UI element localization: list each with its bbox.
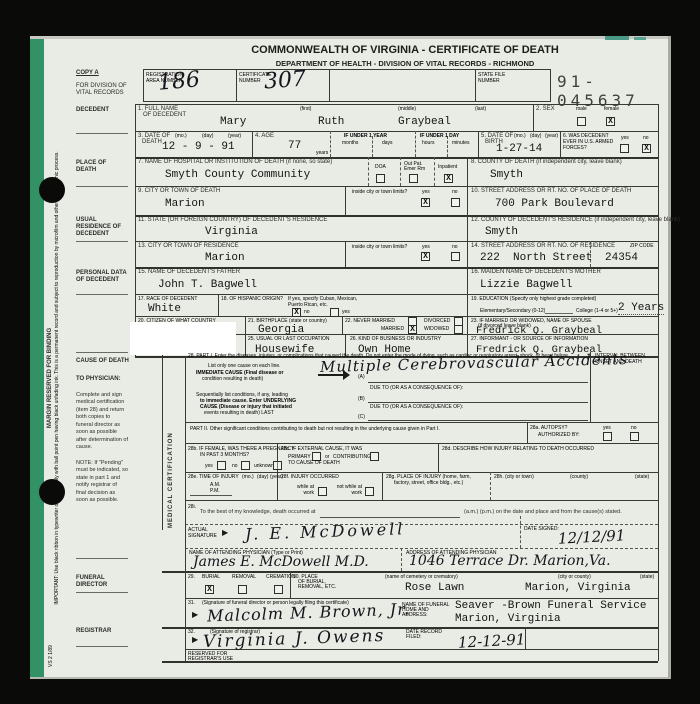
field-10-label: 10. STREET ADDRESS OR RT. NO. OF PLACE O… [471,188,631,195]
mother-name-value: Lizzie Bagwell [480,279,572,291]
to-cause-label: TO CAUSE OF DEATH [288,460,340,466]
funeral-home-label3: ADDRESS: [402,612,428,618]
limits1-no-checkbox [451,198,460,207]
funeral-home-value2: Marion, Virginia [455,613,561,625]
field-17-label: 17. RACE OF DECEDENT [138,296,197,302]
residence-county-value: Smyth [485,226,518,238]
signature-arrow-icon: ▶ [192,610,198,619]
age-value: 77 [288,140,301,152]
physician-note-2: NOTE: If "Pending" must be indicated, so… [76,460,128,505]
grid-line [135,316,658,317]
form-version-label: VS 2 1/89 [48,645,54,667]
last-sublabel: (last) [475,106,486,112]
limits1-label: inside city or town limits? [352,189,407,195]
section-usual-residence: USUAL RESIDENCE OF DECEDENT [76,217,132,239]
inpatient-checkbox: X [444,174,453,183]
grid-line [218,294,219,316]
grid-line-dashed [368,157,369,186]
no-label: no [452,189,458,195]
pregnancy-yes-checkbox [217,461,226,470]
grid-line-dashed [400,157,401,186]
field-6-label: 6. WAS DECEDENT EVER IN U.S. ARMED FORCE… [563,133,621,151]
section-personal-data: PERSONAL DATA OF DECEDENT [76,270,132,284]
divider [76,592,128,593]
field-28h-county-label: (county) [570,474,588,480]
grid-line [382,472,383,500]
line-b-label: (B) [358,396,365,402]
divider [76,241,128,242]
yes-label: yes [621,135,629,141]
seq-label4: events resulting in death) LAST [204,410,274,416]
date-filed-value: 12-12-91 [458,630,526,652]
copy-for-label: FOR DIVISION OF VITAL RECORDS [76,83,132,97]
no-label: no [452,244,458,250]
date-signed-value: 12/12/91 [558,526,626,548]
state-file-label2: NUMBER [478,78,500,84]
field-25-label: 25. USUAL OR LAST OCCUPATION [248,336,330,342]
field-27-label: 27. INFORMANT - OR SOURCE OF INFORMATION [471,336,588,342]
cemetery-value: Rose Lawn [405,582,464,594]
grid-line-dashed [372,136,373,157]
sex-male-checkbox [577,117,586,126]
grid-line [467,294,468,316]
residence-state-value: Virginia [205,226,258,238]
first-sublabel: (first) [300,106,311,112]
inpatient-label: Inpatient [438,164,457,170]
grid-line [533,104,534,131]
field-3-label2: DEATH [142,139,162,146]
field-14-label: 14. STREET ADDRESS OR RT. NO. OF RESIDEN… [471,243,615,250]
field-26-label: 26. KIND OF BUSINESS OR INDUSTRY [350,336,441,342]
sex-female-checkbox: X [606,117,615,126]
race-value: White [148,303,181,315]
date-filed-label2: FILED: [406,634,422,640]
city-of-death-value: Marion [165,198,205,210]
field-13-label: 13. CITY OR TOWN OF RESIDENCE [138,243,239,250]
grid-line-dashed [401,548,402,571]
autopsy-no-checkbox [630,432,639,441]
signature-arrow-icon: ▶ [222,528,228,537]
due-to-b-label: DUE TO (OR AS A CONSEQUENCE OF): [370,404,463,410]
cause-line-c [368,420,588,421]
never-married-label: 22. NEVER MARRIED [345,318,395,324]
cremation-label: CREMATION [266,574,296,580]
grid-line [135,294,658,295]
section-cause-of-death: CAUSE OF DEATH [76,358,136,365]
paper-top-edge [30,36,668,39]
grid-line [467,215,468,241]
grid-line [135,104,136,356]
blank-line [545,313,573,314]
field-9-label: 9. CITY OR TOWN OF DEATH [138,188,220,195]
blank-box [329,69,476,102]
field-28h-city-label: 28h. (city or town) [494,474,534,480]
date-signed-label: DATE SIGNED: [524,526,559,532]
hours-sublabel: hours [422,140,435,146]
name-first-value: Mary [220,116,246,128]
pregnancy-no-checkbox [241,461,250,470]
certificate-number-value: 307 [263,67,307,95]
sex-male-label: male [576,106,587,112]
divider [76,186,128,187]
day-sublabel: (day) [202,133,213,139]
at-work-checkbox [318,487,327,496]
no-label: no [304,309,310,315]
grid-line-dashed [490,472,491,500]
mo-sublabel: (mo.) [175,133,187,139]
grid-line [478,131,479,157]
field-29-label: 29. [188,574,195,580]
blank-line [320,517,460,518]
mo-sublabel: (mo.) [514,133,526,139]
field-4-label: 4. AGE [255,133,274,140]
signature-arrow-icon: ▶ [192,635,198,644]
physician-address-value: 1046 Terrace Dr. Marion,Va. [409,553,611,569]
grid-line [560,131,561,157]
field-8-label: 8. COUNTY OF DEATH (if independent city,… [471,159,622,166]
field-12-label: 12. COUNTY OF DECEDENT'S RESIDENCE (if i… [471,217,680,224]
armed-forces-no-checkbox: X [642,144,651,153]
grid-line [245,316,246,334]
education-value: 2 Years [618,302,664,315]
widowed-label: WIDOWED [424,326,449,332]
hospital-value: Smyth County Community [165,169,310,181]
copy-label: COPY A [76,70,99,77]
divider [76,294,128,295]
field-28c-label: 28c. IF EXTERNAL CAUSE, IT WAS [281,446,362,452]
line-c-label: (C) [358,414,365,420]
date-of-birth-value: 1-27-14 [496,143,542,155]
section-place-of-death: PLACE OF DEATH [76,160,126,174]
grid-line [467,316,468,334]
grid-line-dashed [185,548,658,549]
state-sublabel: (state) [640,574,654,580]
certify-text-2: (a.m.) (p.m.) on the date and place and … [464,509,622,516]
field-28d-label: 28d. DESCRIBE HOW INJURY RELATING TO DEA… [442,446,594,452]
field-28b-label2: IN PAST 3 MONTHS? [200,452,249,458]
date-of-death-value: 12 - 9 - 91 [162,141,235,153]
burial-city-value: Marion, Virginia [525,582,631,594]
green-binding-stripe [30,36,44,677]
field-18-label: 18. OF HISPANIC ORIGIN? [221,296,283,302]
punch-hole [39,479,65,505]
field-28f-label: 28f. INJURY OCCURRED [281,474,339,480]
county-of-death-value: Smyth [490,169,523,181]
cause-line-b [368,402,588,403]
divider [76,352,128,353]
field-19-label: 19. EDUCATION (Specify only highest grad… [471,296,596,302]
year-sublabel: (year) [545,133,558,139]
not-at-work-checkbox [365,487,374,496]
grid-line [185,598,658,599]
certificate-paper: MARGIN RESERVED FOR BINDING IMPORTANT: U… [30,36,671,679]
scanned-death-certificate: MARGIN RESERVED FOR BINDING IMPORTANT: U… [0,0,700,704]
field-28e-label: 28e. TIME OF INJURY [188,474,239,480]
cremation-checkbox [274,585,283,594]
grid-line [185,356,186,661]
minutes-sublabel: minutes [452,140,470,146]
funeral-home-value1: Seaver -Brown Funeral Service [455,600,646,612]
section-registrar: REGISTRAR [76,628,111,635]
authorized-by-label: AUTHORIZED BY: [538,432,580,438]
yes-label: yes [422,189,430,195]
field-28i-label: 28i. [188,504,196,510]
grid-line [527,422,528,443]
no-label: no [631,425,637,431]
hispanic-yes-checkbox [330,308,339,317]
grid-line-dashed [330,131,331,157]
grid-line [135,104,658,105]
scan-artifact [634,37,646,40]
grid-line [135,241,658,242]
no-label: no [232,463,238,469]
grid-line [135,186,658,187]
field-30-label3: REMOVAL, ETC. [298,584,336,590]
hispanic-no-checkbox: X [292,308,301,317]
field-7-label: 7. NAME OF HOSPITAL OR INSTITUTION OF DE… [138,159,332,166]
divider [76,558,128,559]
removal-label: REMOVAL [232,574,256,580]
grid-line [162,571,658,573]
grid-line [467,241,468,267]
under-1-year-label: IF UNDER 1 YEAR [344,133,387,139]
not-at-work-label: not while at work [334,484,362,496]
grid-line-dashed [447,136,448,157]
yes-label: yes [603,425,611,431]
removal-checkbox [238,585,247,594]
grid-line [467,157,468,186]
doa-checkbox [376,174,385,183]
outpatient-checkbox [409,174,418,183]
months-sublabel: months [342,140,358,146]
field-16-label: 16. MAIDEN NAME OF DECEDENT'S MOTHER [471,269,601,276]
due-to-a-label: DUE TO (OR AS A CONSEQUENCE OF): [370,385,463,391]
day-sublabel: (day) [530,133,541,139]
city-county-sublabel: (city or county) [558,574,591,580]
at-work-label: while at work [292,484,314,496]
grid-line [185,443,658,444]
grid-line [185,472,658,473]
actual-signature-label2: SIGNATURE [188,533,217,539]
physician-name-value: James E. McDowell M.D. [193,554,369,570]
scan-artifact [605,36,629,40]
immediate-cause-label2: condition resulting in death) [202,376,263,382]
divider [76,646,128,647]
divider [162,352,163,530]
certificate-number-label2: NUMBER [239,78,261,84]
grid-line [345,241,346,267]
field-28g-label2: factory, street, office bldg., etc.) [394,480,463,486]
grid-line [162,661,658,663]
burial-checkbox: X [205,585,214,594]
residence-city-value: Marion [205,252,245,264]
sex-female-label: female [604,106,619,112]
limits2-label: inside city or town limits? [352,244,407,250]
father-name-value: John T. Bagwell [158,279,257,291]
medical-certification-label: MEDICAL CERTIFICATION [168,432,175,528]
armed-forces-yes-checkbox [620,144,629,153]
burial-label: BURIAL [202,574,220,580]
part1-instructions2: List only one cause on each line. [208,363,281,369]
day-sublabel: (day) [257,474,268,480]
grid-line [467,186,468,215]
grid-line-dashed [434,157,435,186]
married-checkbox: X [408,325,417,334]
field-28h-state-label: (state) [635,474,649,480]
grid-line [185,500,658,501]
punch-hole [39,177,65,203]
cemetery-sublabel: (name of cemetery or crematory) [385,574,458,580]
limits1-yes-checkbox: X [421,198,430,207]
widowed-checkbox [454,325,463,334]
field-1-label2: OF DECEDENT [143,112,186,119]
grid-line [438,443,439,472]
limits2-no-checkbox [451,252,460,261]
cause-line-a [368,382,588,383]
grid-line [252,131,253,157]
physician-signature: J. E. McDowell [245,519,406,544]
education-college-label: College (1-4 or 5+) [576,308,618,314]
year-sublabel: (year) [228,133,241,139]
field-15-label: 15. NAME OF DECEDENT'S FATHER [138,269,240,276]
section-funeral-director: FUNERAL DIRECTOR [76,575,126,589]
divorced-label: DIVORCED [424,318,450,324]
certificate-subtitle: DEPARTMENT OF HEALTH - DIVISION OF VITAL… [185,59,625,68]
certificate-title: COMMONWEALTH OF VIRGINIA - CERTIFICATE O… [185,44,625,56]
field-11-label: 11. STATE (OR FOREIGN COUNTRY) OF DECEDE… [138,217,327,224]
married-label: MARRIED [381,326,404,332]
middle-sublabel: (middle) [398,106,416,112]
grid-line [345,186,346,215]
doa-label: DOA [375,164,386,170]
unknown-label: unknown [254,463,274,469]
field-31-label: 31. [188,600,195,606]
reserved-label2: REGISTRAR'S USE [188,656,233,662]
field-28a-label: 28a. AUTOPSY? [530,425,567,431]
age-years-label: years [316,150,328,156]
divider [76,133,128,134]
grid-line-dashed [415,131,416,157]
certify-text-1: To the best of my knowledge, death occur… [200,509,316,516]
part2-label: PART II. Other significant conditions co… [190,426,520,432]
under-1-day-label: IF UNDER 1 DAY [420,133,459,139]
outpat-label2: Emer Rm [404,166,425,172]
contributing-checkbox [370,452,379,461]
grid-line [658,104,659,661]
section-decedent: DECEDENT [76,107,109,114]
street-of-death-value: 700 Park Boulevard [495,198,614,210]
limits2-yes-checkbox: X [421,252,430,261]
pregnancy-unknown-checkbox [273,461,282,470]
grid-line [467,267,468,294]
grid-line [185,422,658,423]
mo-sublabel: (mo.) [242,474,254,480]
pm-label: P.M. [210,488,220,494]
registration-area-value: 186 [157,67,201,96]
name-last-value: Graybeal [398,116,451,128]
days-sublabel: days [382,140,393,146]
no-label: no [643,135,649,141]
yes-label: yes [422,244,430,250]
blank-line [190,495,232,496]
yes-label: yes [205,463,213,469]
zip-label: ZIP CODE [630,243,654,249]
autopsy-yes-checkbox [603,432,612,441]
birthplace-value: Georgia [258,324,304,336]
grid-line [342,316,343,334]
field-2-label: 2. SEX [536,106,555,113]
education-elementary-label: Elementary/Secondary (0-12) [480,308,545,314]
grid-line-dashed [520,516,521,548]
name-middle-value: Ruth [318,116,344,128]
residence-street-value: 222 North Street [480,252,592,264]
redaction-patch [130,322,236,355]
zip-value: 24354 [605,252,638,264]
yes-label: yes [342,309,350,315]
grid-line [135,131,658,132]
to-physician-label: TO PHYSICIAN: [76,376,132,383]
physician-note-1: Complete and sign medical certification … [76,392,128,451]
